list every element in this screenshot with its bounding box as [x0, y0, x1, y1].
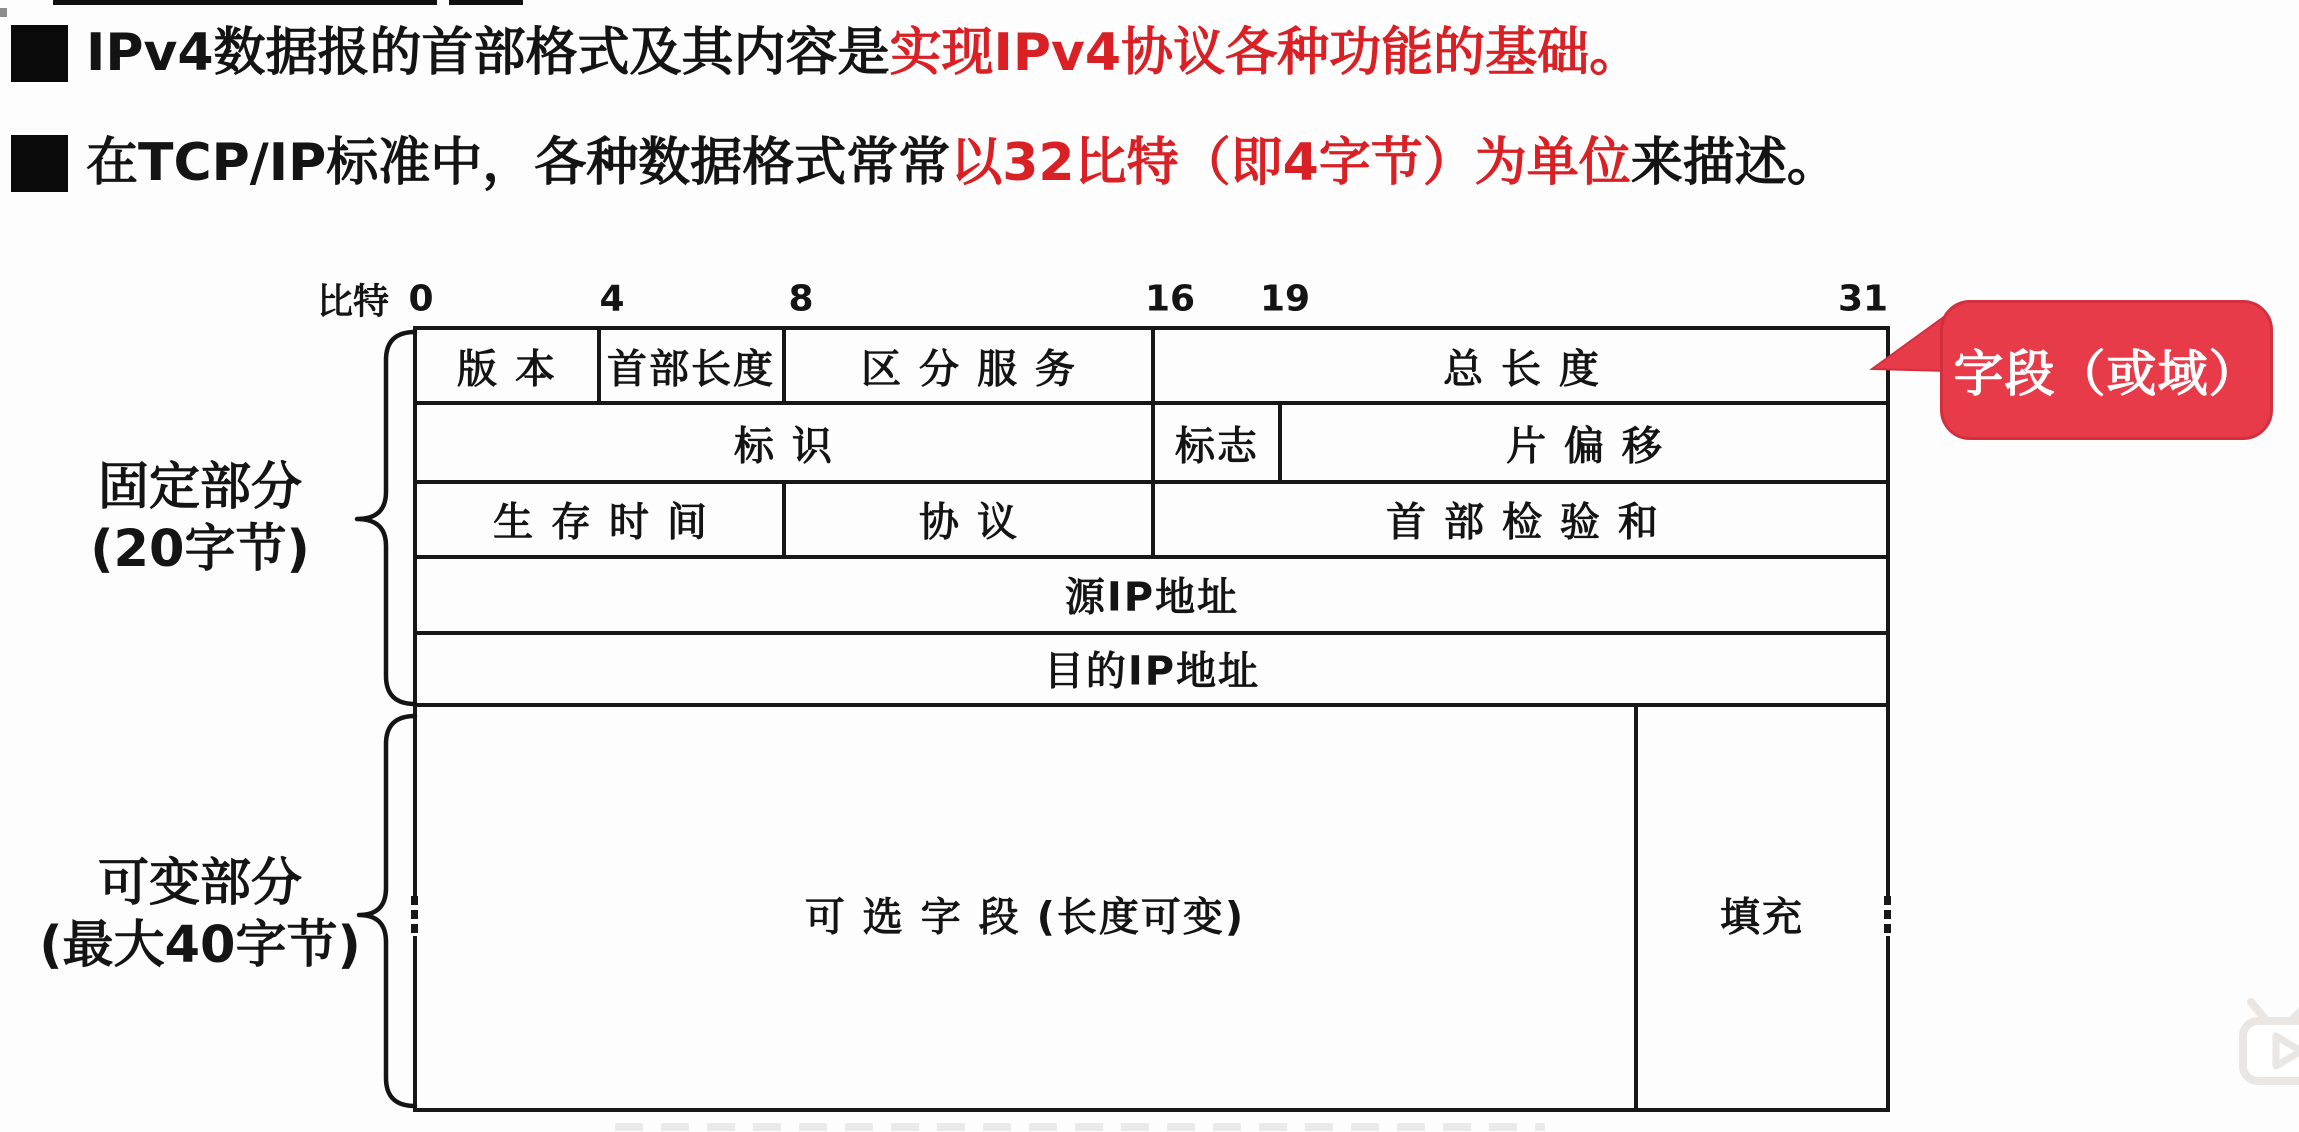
bit-tick-8: 8 — [788, 279, 813, 320]
row6-right-ellipsis-dot — [1884, 924, 1891, 933]
variable-part-label: 可变部分 (最大40字节) — [39, 853, 361, 977]
bullet-2-text: 在TCP/IP标准中，各种数据格式常常以32比特（即4字节）为单位来描述。 — [86, 130, 1839, 196]
cell-dscp: 区 分 服 务 — [861, 338, 1077, 395]
col-divider-bit16 — [1151, 326, 1155, 559]
cell-protocol: 协 议 — [919, 491, 1019, 548]
row6-right-ellipsis-dot — [1884, 896, 1891, 905]
cell-version: 版 本 — [457, 338, 557, 395]
cell-fragment-offset: 片 偏 移 — [1506, 415, 1664, 472]
col-divider-bit8-row3 — [782, 480, 786, 559]
row6-left-ellipsis-dot — [411, 910, 418, 919]
bottom-cutoff-text-hint — [615, 1123, 1545, 1131]
cell-total-length: 总 长 度 — [1443, 338, 1601, 395]
table-border-left-lower — [413, 936, 417, 1112]
variable-part-brace — [359, 716, 415, 1106]
col-divider-bit8-row1 — [782, 326, 786, 405]
fixed-part-label-line2: (20字节) — [90, 519, 310, 581]
table-border-right-upper — [1886, 326, 1890, 898]
callout-text: 字段（或域） — [1954, 334, 2260, 406]
top-left-cutoff-mark — [0, 8, 7, 17]
variable-part-label-line2: (最大40字节) — [39, 915, 361, 977]
text-segment: 在TCP/IP标准中，各种数据格式常常 — [86, 133, 950, 193]
slide-canvas: IPv4数据报的首部格式及其内容是实现IPv4协议各种功能的基础。 在TCP/I… — [0, 0, 2299, 1132]
bit-tick-0: 0 — [408, 279, 433, 320]
table-border-left-upper — [413, 326, 417, 898]
cell-dest-ip: 目的IP地址 — [1044, 640, 1260, 697]
col-divider-padding — [1634, 703, 1638, 1112]
bit-tick-31: 31 — [1838, 279, 1888, 320]
bullet-line-2: 在TCP/IP标准中，各种数据格式常常以32比特（即4字节）为单位来描述。 — [11, 130, 1839, 196]
text-segment: IPv4数据报的首部格式及其内容是 — [86, 23, 890, 83]
col-divider-bit19 — [1278, 401, 1282, 484]
cell-options: 可 选 字 段 (长度可变) — [805, 886, 1245, 943]
top-cutoff-bar — [53, 0, 437, 5]
table-row-divider — [413, 703, 1890, 707]
bilibili-tv-watermark-icon — [2243, 1002, 2299, 1081]
cell-identification: 标 识 — [734, 415, 834, 472]
bit-tick-19: 19 — [1260, 279, 1310, 320]
bullet-square-icon — [11, 25, 68, 82]
fixed-part-label: 固定部分 (20字节) — [90, 457, 310, 581]
bullet-square-icon — [11, 135, 68, 192]
text-segment-highlight: 以32比特（即4字节）为单位 — [950, 133, 1631, 193]
fixed-part-label-line1: 固定部分 — [90, 457, 310, 519]
bit-tick-4: 4 — [599, 279, 624, 320]
row6-right-ellipsis-dot — [1884, 910, 1891, 919]
callout-bubble: 字段（或域） — [1940, 300, 2273, 440]
table-row-divider — [413, 631, 1890, 635]
cell-ttl: 生 存 时 间 — [493, 491, 709, 548]
cell-source-ip: 源IP地址 — [1065, 566, 1239, 623]
cell-header-length: 首部长度 — [607, 338, 775, 395]
row6-left-ellipsis-dot — [411, 896, 418, 905]
top-cutoff-bar — [449, 0, 523, 5]
fixed-part-brace — [357, 332, 415, 704]
bullet-line-1: IPv4数据报的首部格式及其内容是实现IPv4协议各种功能的基础。 — [11, 20, 1641, 86]
text-segment-highlight: 实现IPv4协议各种功能的基础。 — [890, 23, 1642, 83]
cell-padding: 填充 — [1720, 886, 1804, 943]
variable-part-label-line1: 可变部分 — [39, 853, 361, 915]
row6-left-ellipsis-dot — [411, 924, 418, 933]
text-segment: 来描述。 — [1631, 133, 1839, 193]
table-border-bottom — [413, 1108, 1890, 1112]
cell-header-checksum: 首 部 检 验 和 — [1386, 491, 1660, 548]
table-border-right-lower — [1886, 936, 1890, 1112]
bit-axis-label: 比特 — [317, 274, 389, 325]
bit-tick-16: 16 — [1145, 279, 1195, 320]
bullet-1-text: IPv4数据报的首部格式及其内容是实现IPv4协议各种功能的基础。 — [86, 20, 1641, 86]
col-divider-bit4 — [597, 326, 601, 405]
cell-flags: 标志 — [1175, 415, 1259, 472]
